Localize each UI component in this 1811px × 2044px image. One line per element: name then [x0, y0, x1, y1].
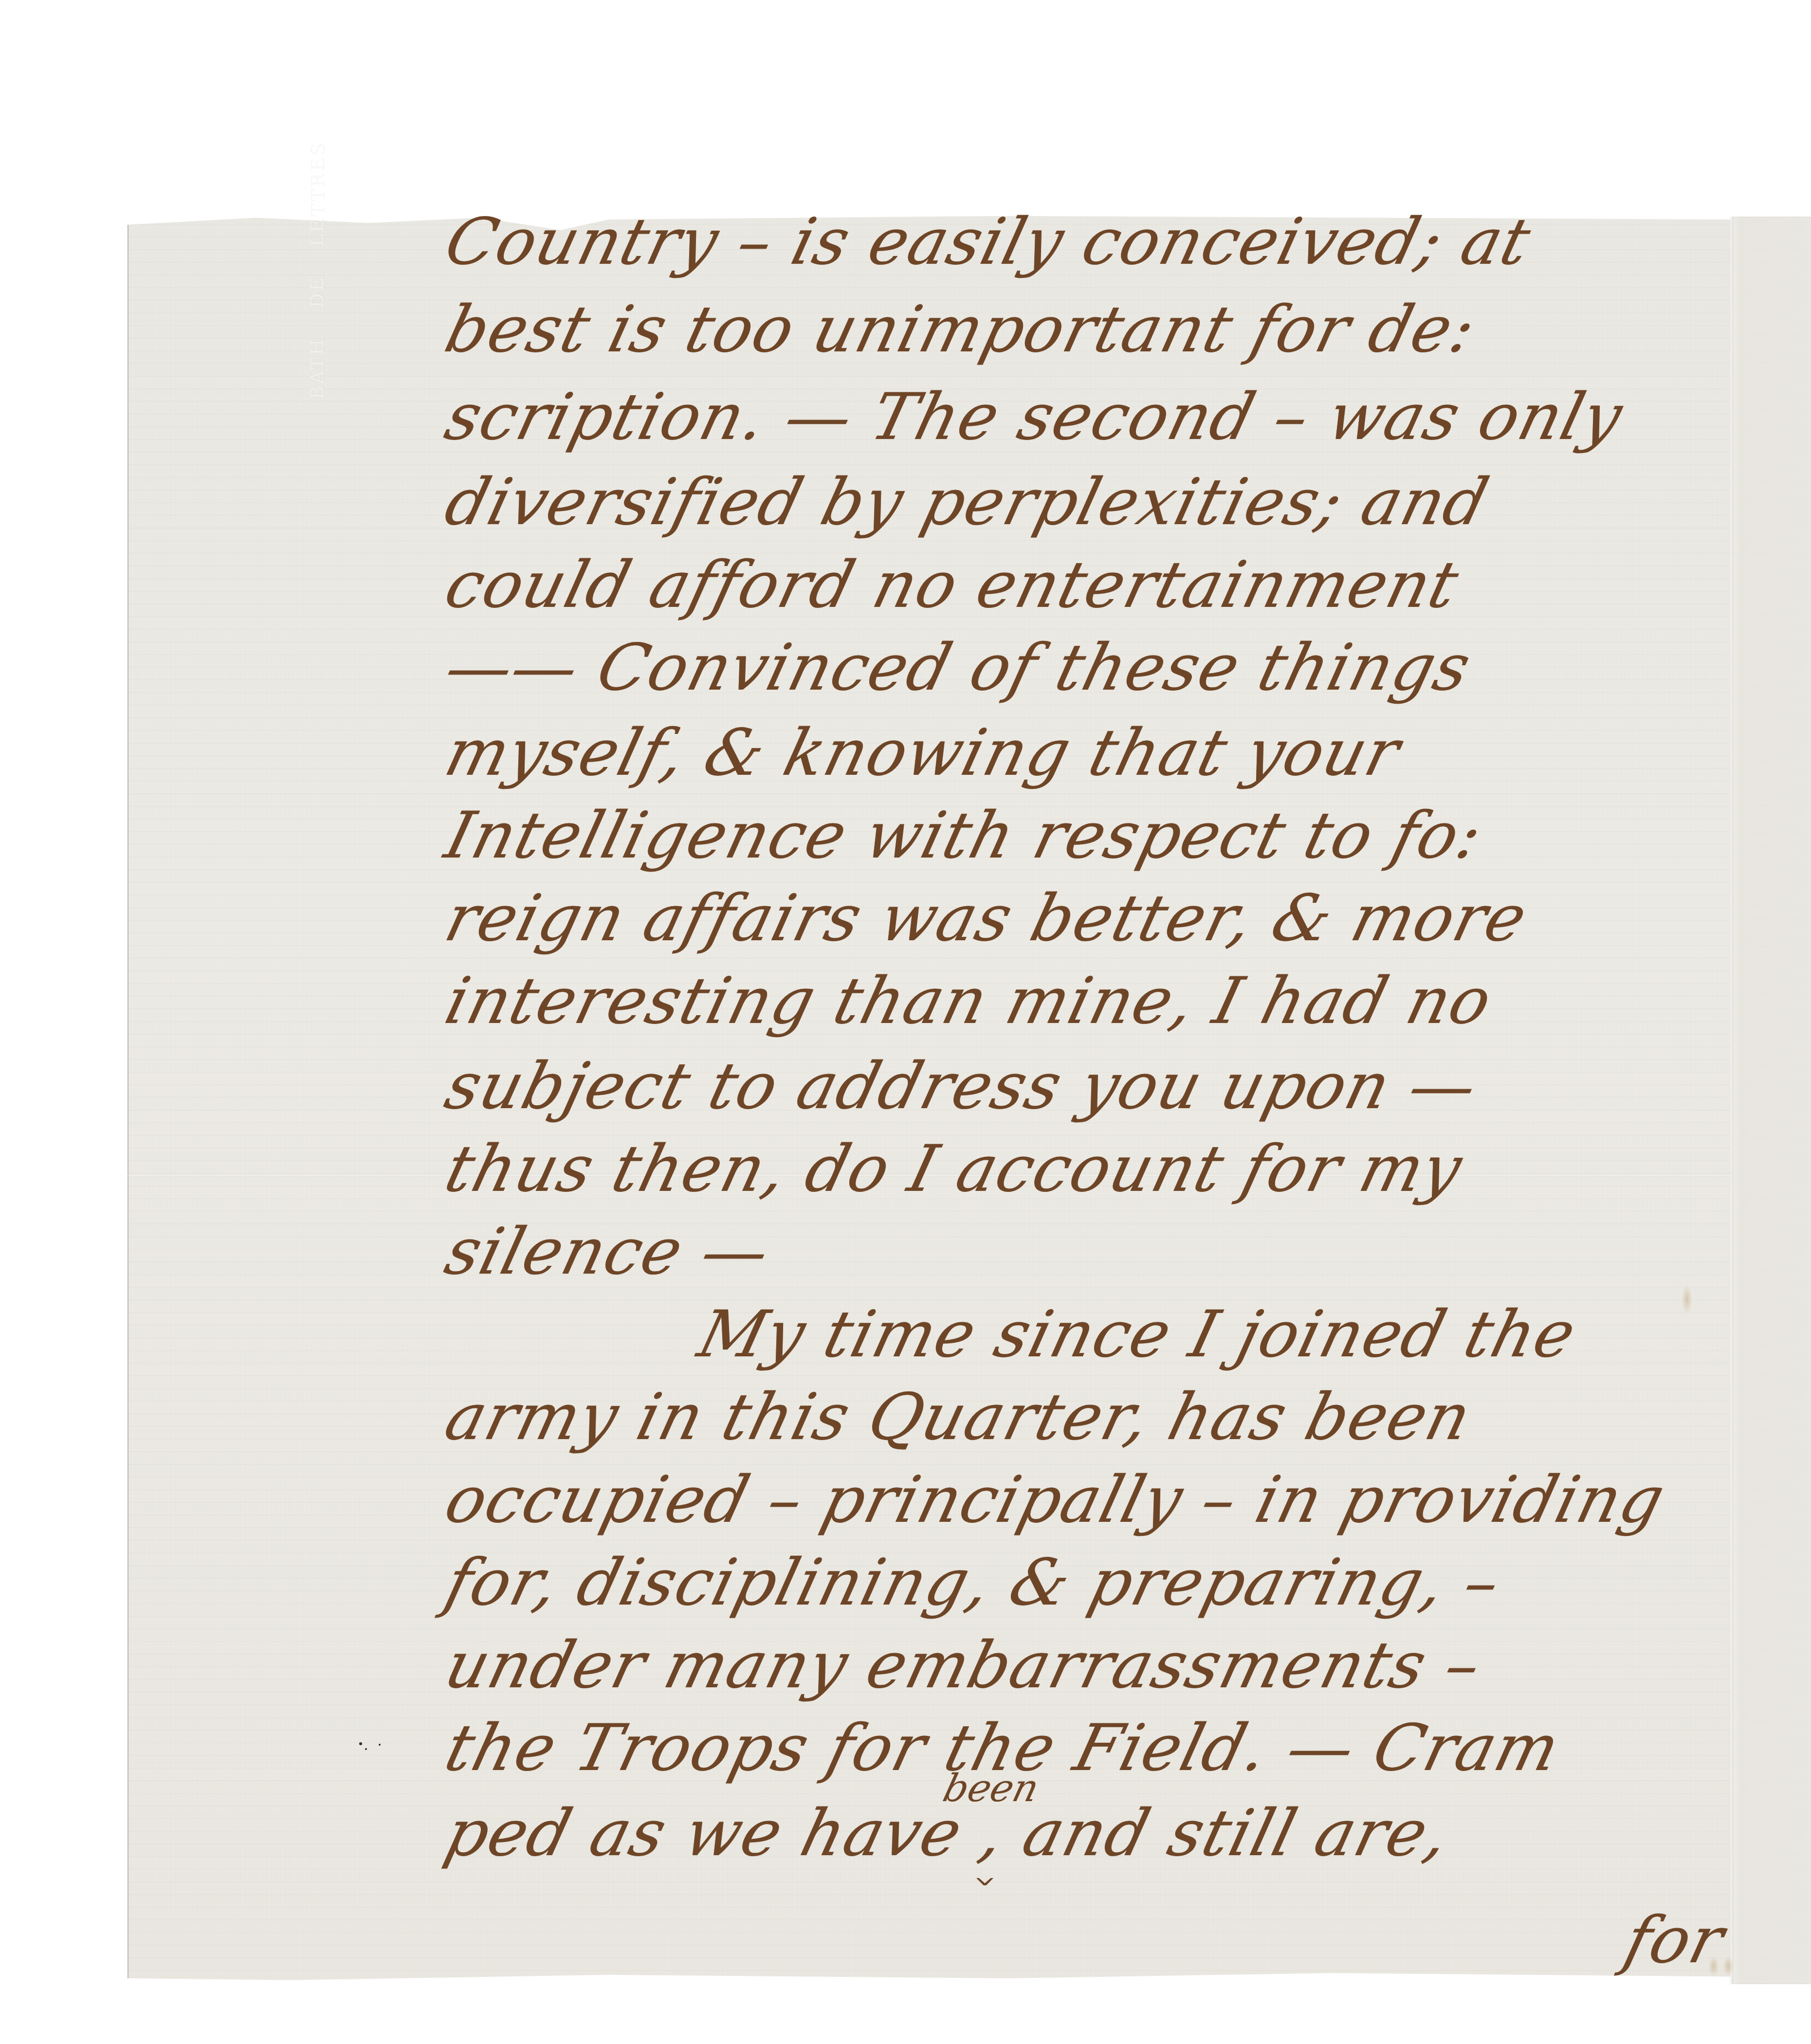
- emboss-line: DE: [307, 275, 443, 308]
- ink-speck: [365, 1748, 367, 1750]
- photo-background: BATH DE LETTRES Country – is easily conc…: [0, 0, 1811, 2044]
- emboss-line: BATH: [307, 337, 443, 399]
- text-line: diversified by perplexities; and: [438, 465, 1497, 540]
- text-line: best is too unimportant for de:: [438, 292, 1483, 367]
- text-line: subject to address you upon —: [438, 1049, 1485, 1124]
- text-line: interesting than mine, I had no: [438, 964, 1500, 1039]
- insertion-caret-mark: ^: [973, 1859, 996, 1891]
- text-line: army in this Quarter, has been: [438, 1380, 1479, 1455]
- emboss-line: LETTRES: [307, 142, 443, 246]
- text-line: for, disciplining, & preparing, –: [438, 1545, 1508, 1620]
- text-line-paragraph-start: My time since I joined the: [691, 1297, 1584, 1372]
- text-line: Country – is easily conceived; at: [438, 204, 1538, 279]
- text-line: Intelligence with respect to fo:: [438, 798, 1490, 873]
- catchword: for: [1617, 1903, 1732, 1978]
- vertical-fold-crease: [1730, 217, 1731, 1984]
- text-line: occupied – principally – in providing: [438, 1462, 1672, 1537]
- text-line: scription. — The second – was only: [438, 380, 1630, 455]
- embossed-stationer-mark: BATH DE LETTRES: [307, 243, 443, 399]
- text-line: under many embarrassments –: [438, 1628, 1489, 1703]
- text-line: myself, & knowing that your: [438, 715, 1408, 790]
- ink-speck: [379, 1744, 381, 1746]
- interlinear-insertion: been: [939, 1767, 1043, 1810]
- ink-speck: [359, 1742, 362, 1745]
- text-line: reign affairs was better, & more: [438, 881, 1535, 956]
- paper-stain: [1723, 1956, 1734, 1976]
- text-line: thus then, do I account for my: [438, 1131, 1470, 1206]
- text-line: silence —: [438, 1214, 778, 1289]
- folded-flap: [1731, 217, 1811, 1984]
- text-line: —— Convinced of these things: [438, 630, 1479, 705]
- text-line: could afford no entertainment: [438, 547, 1466, 622]
- paper-stain: [1682, 1285, 1692, 1314]
